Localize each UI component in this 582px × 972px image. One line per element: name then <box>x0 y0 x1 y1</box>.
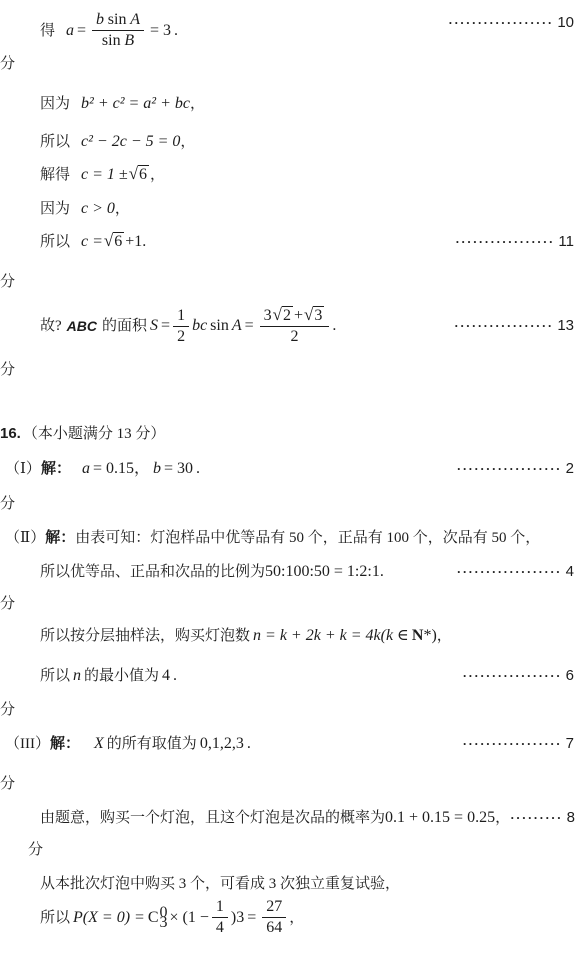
math-text: . <box>142 231 146 253</box>
cn-text: 的面积 <box>102 315 147 337</box>
score-number: 4 <box>566 561 574 583</box>
problem-16-heading: 16. （本小题满分 13 分） <box>0 423 574 445</box>
radical-sign: √ <box>129 164 138 183</box>
cn-text: 解得 <box>40 164 70 186</box>
cn-text: 由题意，购买一个灯泡，且这个灯泡是次品的概率为 <box>40 807 385 829</box>
punctuation: ， <box>437 625 452 647</box>
math-op: = <box>247 907 256 929</box>
cn-text: 分 <box>0 593 15 615</box>
doc-line-23: 分 <box>28 839 574 861</box>
fraction-denominator: 2 <box>173 326 189 347</box>
punctuation: ， <box>150 164 165 186</box>
score-marker: ··················2 <box>457 458 574 480</box>
math-set-symbol: N <box>412 625 424 647</box>
fraction-denominator: sin B <box>92 30 144 51</box>
math-text: . <box>247 733 251 755</box>
score-marker: ·················6 <box>462 665 574 687</box>
cn-text: 的所有取值为 <box>107 733 197 755</box>
score-number: 8 <box>567 807 575 829</box>
score-number: 2 <box>566 458 574 480</box>
sqrt-radical: √3 <box>304 308 324 324</box>
math-text: P(X = 0) = <box>73 907 145 929</box>
cn-text: 所以按分层抽样法，购买灯泡数 <box>40 625 250 647</box>
math-fn: sin <box>102 32 121 49</box>
triangle-name: ABC <box>67 315 97 337</box>
radical-sign: √ <box>273 305 282 324</box>
sqrt-radical: √6 <box>129 163 149 186</box>
cn-text: 由表可知：灯泡样品中优等品有 50 个，正品有 100 个，次品有 50 个， <box>75 527 540 549</box>
fraction: 1 2 <box>173 306 189 347</box>
radical-sign: √ <box>304 305 313 324</box>
leader-dots: ········· <box>510 807 563 829</box>
leader-dots: ················· <box>462 665 561 687</box>
score-number: 13 <box>557 315 574 337</box>
doc-line-08: 分 <box>0 271 574 293</box>
math-text: c > 0 <box>81 198 115 220</box>
cn-text: 所以 <box>40 131 70 153</box>
cn-text: 所以 <box>40 665 70 687</box>
math-text: . <box>380 561 384 583</box>
doc-line-13: 分 <box>0 493 574 515</box>
punctuation: ， <box>190 93 205 115</box>
doc-line-19: 分 <box>0 699 574 721</box>
fraction-denominator: 2 <box>260 326 330 347</box>
fraction-numerator: 3√2+√3 <box>260 305 330 326</box>
cn-text: 解： <box>45 527 75 549</box>
sub-sup-stack: 03 <box>159 908 167 928</box>
doc-line-06: 因为 c > 0 ， <box>40 198 574 220</box>
cn-text: 所以 <box>40 231 70 253</box>
fraction-numerator: 1 <box>212 897 228 917</box>
punctuation: ， <box>115 198 130 220</box>
cn-text: 得 <box>40 20 55 42</box>
math-text: . <box>196 458 200 480</box>
part-2-answer: （Ⅱ） 解： 由表可知：灯泡样品中优等品有 50 个，正品有 100 个，次品有… <box>5 527 574 549</box>
fraction: 1 4 <box>212 897 228 938</box>
doc-line-02: 分 <box>0 53 574 75</box>
superscript: * <box>423 625 431 647</box>
doc-line-10: 分 <box>0 359 574 381</box>
combination-symbol: C <box>148 907 159 929</box>
math-text: b² + c² = a² + bc <box>81 93 190 115</box>
doc-line-15: 所以优等品、正品和次品的比例为 50:100:50 = 1:2:1 . ····… <box>40 561 574 583</box>
punctuation: ， <box>180 131 195 153</box>
math-num: 3 <box>264 307 272 324</box>
score-marker: ·················11 <box>455 231 574 253</box>
cn-text: 解： <box>50 733 80 755</box>
doc-line-09: 故? ABC 的面积 S = 1 2 bc sin A = 3√2+√3 2 .… <box>40 305 574 347</box>
fraction-numerator: 27 <box>262 897 286 917</box>
doc-line-17: 所以按分层抽样法，购买灯泡数 n = k + 2k + k = 4k(k ∈ N… <box>40 625 574 647</box>
part-1-answer: （Ⅰ） 解： a = 0.15， b = 30 . ··············… <box>5 458 574 480</box>
cn-text: （本小题满分 13 分） <box>23 423 166 445</box>
math-text: 50:100:50 = 1:2:1 <box>265 561 380 583</box>
punctuation: ， <box>289 907 304 929</box>
sqrt-radical: √2 <box>273 308 293 324</box>
math-text: c² − 2c − 5 = 0 <box>81 131 180 153</box>
cn-text: 分 <box>0 359 15 381</box>
cn-text: 分 <box>0 773 15 795</box>
math-num: 4 <box>162 665 170 687</box>
doc-line-18: 所以 n 的最小值为 4 . ·················6 <box>40 665 574 687</box>
math-var: a <box>66 20 74 42</box>
doc-line-25: 所以 P(X = 0) = C03 × (1 − 1 4 )3 = 27 64 … <box>40 897 574 938</box>
doc-line-21: 分 <box>0 773 574 795</box>
cn-text: 解： <box>41 458 71 480</box>
math-var: A <box>232 315 242 337</box>
score-marker: ·········8 <box>510 807 575 829</box>
doc-line-01: 得 a = b sin A sin B = 3 . ··············… <box>40 10 574 51</box>
math-text: = 3 <box>150 20 171 42</box>
cn-text: 因为 <box>40 93 70 115</box>
punctuation: ， <box>495 807 510 829</box>
math-text: . <box>332 315 336 337</box>
score-number: 6 <box>566 665 574 687</box>
math-var: bc <box>192 315 207 337</box>
leader-dots: ·················· <box>457 458 562 480</box>
math-fn: sin <box>210 315 229 337</box>
score-number: 10 <box>557 12 574 34</box>
doc-line-24: 从本批次灯泡中购买 3 个，可看成 3 次独立重复试验， <box>40 873 574 895</box>
fraction: b sin A sin B <box>92 10 144 51</box>
radicand: 2 <box>282 306 293 324</box>
score-marker: ·················7 <box>462 733 574 755</box>
cn-text: 分 <box>0 493 15 515</box>
score-number: 7 <box>566 733 574 755</box>
math-op: = <box>161 315 170 337</box>
math-text: . <box>174 20 178 42</box>
doc-line-04: 所以 c² − 2c − 5 = 0 ， <box>40 131 574 153</box>
cn-text: 故? <box>40 315 62 337</box>
radicand: 6 <box>113 232 124 250</box>
math-op: = <box>77 20 86 42</box>
score-marker: ··················4 <box>457 561 574 583</box>
cn-text: 因为 <box>40 198 70 220</box>
score-number: 11 <box>558 231 574 253</box>
leader-dots: ················· <box>462 733 561 755</box>
doc-line-03: 因为 b² + c² = a² + bc ， <box>40 93 574 115</box>
math-var: S <box>150 315 158 337</box>
math-var: b <box>96 11 104 28</box>
part-3-answer: （III） 解： X 的所有取值为 0,1,2,3 . ············… <box>5 733 574 755</box>
score-marker: ·················13 <box>454 315 574 337</box>
superscript: 3 <box>236 907 244 929</box>
problem-number: 16. <box>0 423 21 445</box>
fraction-numerator: 1 <box>173 306 189 326</box>
math-text: c = <box>81 231 103 253</box>
math-var: A <box>130 11 140 28</box>
math-text: c = 1 ± <box>81 164 128 186</box>
cn-text: 分 <box>0 271 15 293</box>
cn-text: 所以 <box>40 907 70 929</box>
fraction-denominator: 4 <box>212 917 228 938</box>
leader-dots: ·················· <box>457 561 562 583</box>
score-marker: ··················10 <box>448 12 574 34</box>
cn-text: 从本批次灯泡中购买 3 个，可看成 3 次独立重复试验， <box>40 873 400 895</box>
leader-dots: ·················· <box>448 12 553 34</box>
part-tag: （Ⅱ） <box>5 527 45 549</box>
fraction: 27 64 <box>262 897 286 938</box>
cn-text: 分 <box>0 699 15 721</box>
fraction-numerator: b sin A <box>92 10 144 30</box>
fraction: 3√2+√3 2 <box>260 305 330 347</box>
cn-text: 分 <box>28 839 43 861</box>
math-text: 0,1,2,3 <box>200 733 244 755</box>
math-var: a <box>82 458 90 480</box>
math-op: = <box>245 315 254 337</box>
cn-text: 所以优等品、正品和次品的比例为 <box>40 561 265 583</box>
radicand: 3 <box>313 306 324 324</box>
sqrt-radical: √6 <box>104 230 124 253</box>
doc-line-07: 所以 c = √6 +1 . ·················11 <box>40 230 574 253</box>
math-var: b <box>153 458 161 480</box>
cn-text: 分 <box>0 53 15 75</box>
cn-text: 的最小值为 <box>84 665 159 687</box>
subscript: 3 <box>159 918 167 928</box>
part-tag: （Ⅰ） <box>5 458 41 480</box>
fraction-denominator: 64 <box>262 917 286 938</box>
math-text: +1 <box>125 231 142 253</box>
doc-line-22: 由题意，购买一个灯泡，且这个灯泡是次品的概率为 0.1 + 0.15 = 0.2… <box>40 807 574 829</box>
math-text: × (1 − <box>169 907 208 929</box>
math-text: 0.1 + 0.15 = 0.25 <box>385 807 495 829</box>
doc-line-16: 分 <box>0 593 574 615</box>
math-text: . <box>173 665 177 687</box>
radical-sign: √ <box>104 231 113 250</box>
part-tag: （III） <box>5 733 50 755</box>
math-var: X <box>94 733 104 755</box>
math-text: = 30 <box>164 458 193 480</box>
leader-dots: ················· <box>454 315 553 337</box>
doc-line-05: 解得 c = 1 ± √6 ， <box>40 163 574 186</box>
math-fn: sin <box>108 11 127 28</box>
document-page: 得 a = b sin A sin B = 3 . ··············… <box>0 0 582 972</box>
math-var: n <box>73 665 81 687</box>
leader-dots: ················· <box>455 231 554 253</box>
math-text: = 0.15， <box>93 458 150 480</box>
radicand: 6 <box>138 165 149 183</box>
math-text: n = k + 2k + k = 4k(k ∈ <box>253 625 409 647</box>
math-var: B <box>124 32 134 49</box>
math-op: + <box>294 307 303 324</box>
